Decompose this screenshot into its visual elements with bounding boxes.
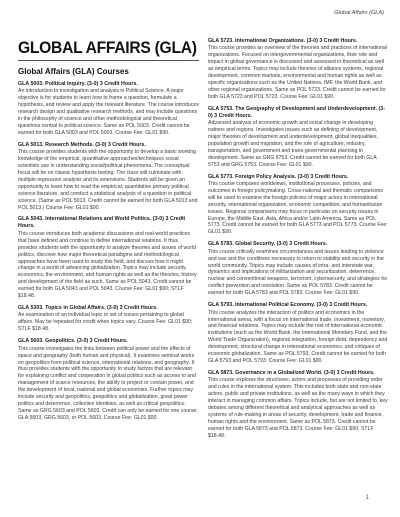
course-title: GLA 5043. International Relations and Wo… <box>18 216 199 230</box>
course-entry: GLA 5603. Geopolitics. (3-0) 3 Credit Ho… <box>18 338 199 421</box>
course-description: This course explores the structures, act… <box>208 377 388 439</box>
course-description: An introduction to investigation and ana… <box>18 88 199 136</box>
page-number: 1 <box>366 495 369 501</box>
course-title: GLA 5603. Geopolitics. (3-0) 3 Credit Ho… <box>18 338 199 345</box>
section-subtitle: Global Affairs (GLA) Courses <box>18 67 199 76</box>
course-title: GLA 5723. International Organizations. (… <box>208 38 388 45</box>
course-description: This course provides an overview of the … <box>208 45 388 100</box>
course-entry: GLA 5783. Global Security. (3-0) 3 Credi… <box>208 241 388 297</box>
title-divider <box>18 60 199 61</box>
page-content: GLOBAL AFFAIRS (GLA) Global Affairs (GLA… <box>18 38 388 444</box>
left-column: GLOBAL AFFAIRS (GLA) Global Affairs (GLA… <box>18 38 199 444</box>
right-column: GLA 5723. International Organizations. (… <box>208 38 388 444</box>
course-description: This course compares worldviews, institu… <box>208 181 388 236</box>
course-entry: GLA 5753. The Geography of Development a… <box>208 106 388 169</box>
page-title: GLOBAL AFFAIRS (GLA) <box>18 38 185 58</box>
course-title: GLA 5013. Research Methods. (3-0) 3 Cred… <box>18 142 199 149</box>
course-entry: GLA 5773. Foreign Policy Analysis. (3-0)… <box>208 174 388 237</box>
course-entry: GLA 5303. Topics in Global Affairs. (3-0… <box>18 305 199 333</box>
course-title: GLA 5873. Governance in a Globalized Wor… <box>208 370 388 377</box>
course-title: GLA 5773. Foreign Policy Analysis. (3-0)… <box>208 174 388 181</box>
course-entry: GLA 5003. Political Inquiry. (3-0) 3 Cre… <box>18 81 199 137</box>
course-description: Advanced analysis of economic growth and… <box>208 120 388 168</box>
course-entry: GLA 5873. Governance in a Globalized Wor… <box>208 370 388 440</box>
course-title: GLA 5003. Political Inquiry. (3-0) 3 Cre… <box>18 81 199 88</box>
course-title: GLA 5303. Topics in Global Affairs. (3-0… <box>18 305 199 312</box>
course-description: This course investigates the links betwe… <box>18 346 199 422</box>
course-description: An examination of an individual topic or… <box>18 312 199 333</box>
course-description: This course introduces both academic dis… <box>18 231 199 300</box>
course-entry: GLA 5793. International Political Econom… <box>208 302 388 365</box>
course-entry: GLA 5043. International Relations and Wo… <box>18 216 199 300</box>
course-title: GLA 5753. The Geography of Development a… <box>208 106 388 120</box>
course-description: This course provides students with the o… <box>18 149 199 211</box>
course-entry: GLA 5723. International Organizations. (… <box>208 38 388 101</box>
catalog-page: Global Affairs (GLA) GLOBAL AFFAIRS (GLA… <box>0 0 400 517</box>
course-entry: GLA 5013. Research Methods. (3-0) 3 Cred… <box>18 142 199 212</box>
running-header: Global Affairs (GLA) <box>334 10 384 16</box>
course-title: GLA 5793. International Political Econom… <box>208 302 388 309</box>
course-description: This course critically examines circumst… <box>208 249 388 297</box>
course-description: This course analyzes the interaction of … <box>208 310 388 365</box>
course-title: GLA 5783. Global Security. (3-0) 3 Credi… <box>208 241 388 248</box>
